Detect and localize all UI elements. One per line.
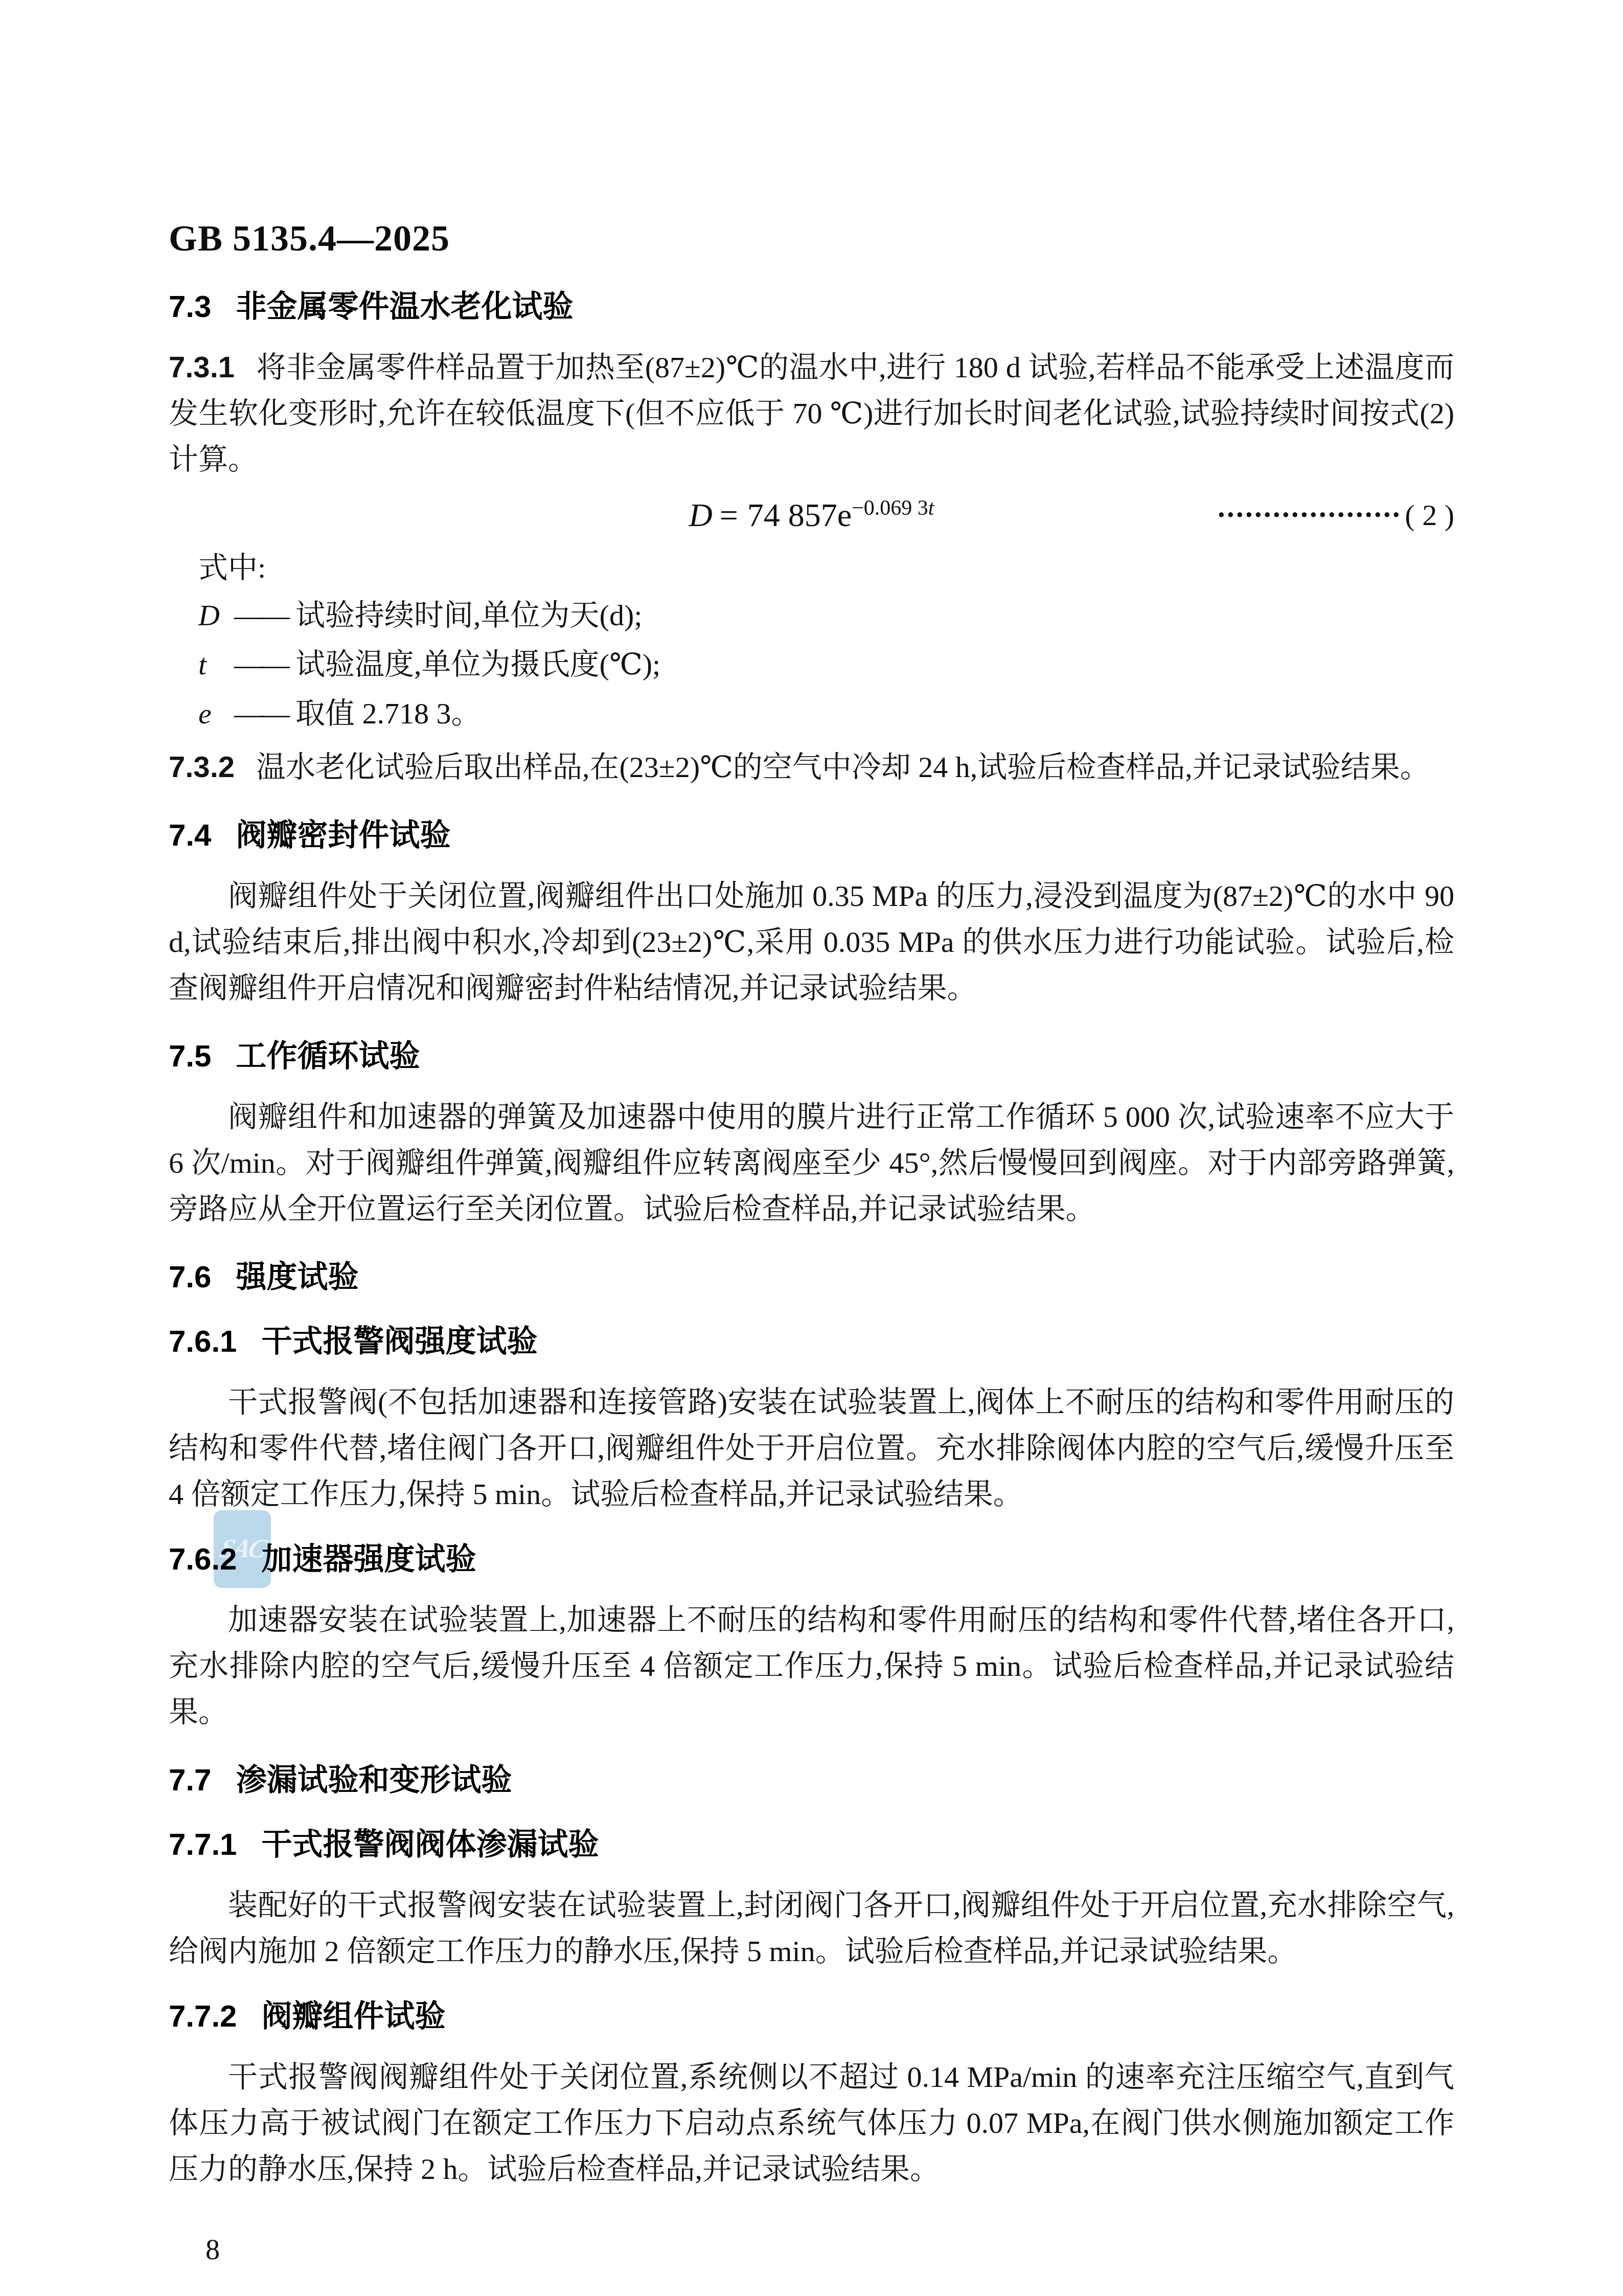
section-number: 7.3 [169, 289, 211, 324]
section-number: 7.6.2 [169, 1542, 237, 1576]
equation-number-block: ••••••••••••••••••••( 2 ) [1218, 491, 1454, 540]
document-page: GB 5135.4—2025 7.3非金属零件温水老化试验 7.3.1将非金属零… [0, 0, 1623, 2296]
section-number: 7.4 [169, 818, 211, 852]
symbol-definition: 取值 2.718 3。 [295, 697, 481, 730]
paragraph-number: 7.3.2 [169, 751, 235, 784]
definition-row-D: D——试验持续时间,单位为天(d); [198, 591, 1454, 640]
section-7.5-heading: 7.5工作循环试验 [169, 1034, 1454, 1079]
exponent-coefficient: −0.069 3 [852, 496, 928, 520]
symbol-definition: 试验温度,单位为摄氏度(℃); [295, 648, 660, 681]
section-number: 7.7.2 [169, 1999, 237, 2033]
section-title: 工作循环试验 [236, 1039, 420, 1073]
section-title: 干式报警阀阀体渗漏试验 [261, 1827, 599, 1861]
equation-number: ( 2 ) [1405, 491, 1454, 540]
section-7.7.2-heading: 7.7.2阀瓣组件试验 [169, 1994, 1454, 2039]
section-7.6.1-heading: 7.6.1干式报警阀强度试验 [169, 1319, 1454, 1364]
where-label: 式中: [198, 545, 1454, 591]
section-7.6-heading: 7.6强度试验 [169, 1255, 1454, 1300]
formula-exponent: −0.069 3t [852, 497, 934, 519]
section-title: 加速器强度试验 [261, 1542, 476, 1576]
section-title: 阀瓣密封件试验 [236, 818, 450, 852]
paragraph-number: 7.3.1 [169, 351, 235, 384]
section-7.6.2-heading: SAC 7.6.2加速器强度试验 [169, 1537, 1454, 1582]
definition-row-e: e——取值 2.718 3。 [198, 689, 1454, 738]
section-7.7.1-heading: 7.7.1干式报警阀阀体渗漏试验 [169, 1822, 1454, 1867]
standard-code-header: GB 5135.4—2025 [169, 215, 1454, 262]
paragraph-7.4: 阀瓣组件处于关闭位置,阀瓣组件出口处施加 0.35 MPa 的压力,浸没到温度为… [169, 873, 1454, 1011]
formula-2: D=74 857e−0.069 3t ••••••••••••••••••••(… [169, 491, 1454, 540]
paragraph-7.3.2: 7.3.2温水老化试验后取出样品,在(23±2)℃的空气中冷却 24 h,试验后… [169, 744, 1454, 790]
em-dash: —— [234, 697, 286, 730]
exponent-variable: t [928, 496, 934, 520]
paragraph-7.6.2: 加速器安装在试验装置上,加速器上不耐压的结构和零件用耐压的结构和零件代替,堵住各… [169, 1597, 1454, 1735]
paragraph-7.7.1: 装配好的干式报警阀安装在试验装置上,封闭阀门各开口,阀瓣组件处于开启位置,充水排… [169, 1882, 1454, 1974]
section-7.4-heading: 7.4阀瓣密封件试验 [169, 813, 1454, 858]
symbol-e: e [198, 689, 234, 738]
equals-sign: = [720, 497, 738, 533]
dot-leader: •••••••••••••••••••• [1218, 491, 1402, 540]
section-7.7-heading: 7.7渗漏试验和变形试验 [169, 1758, 1454, 1803]
formula-lhs: D [689, 497, 712, 533]
section-7.3-heading: 7.3非金属零件温水老化试验 [169, 284, 1454, 329]
formula-expression: D=74 857e−0.069 3t [689, 497, 934, 533]
section-number: 7.5 [169, 1039, 211, 1073]
section-number: 7.6.1 [169, 1324, 237, 1358]
section-number: 7.7 [169, 1763, 211, 1797]
paragraph-7.5: 阀瓣组件和加速器的弹簧及加速器中使用的膜片进行正常工作循环 5 000 次,试验… [169, 1094, 1454, 1232]
symbol-D: D [198, 591, 234, 640]
symbol-t: t [198, 640, 234, 689]
em-dash: —— [234, 599, 286, 632]
section-title: 阀瓣组件试验 [261, 1999, 445, 2033]
section-number: 7.7.1 [169, 1827, 237, 1861]
paragraph-7.3.1: 7.3.1将非金属零件样品置于加热至(87±2)℃的温水中,进行 180 d 试… [169, 345, 1454, 483]
paragraph-7.6.1: 干式报警阀(不包括加速器和连接管路)安装在试验装置上,阀体上不耐压的结构和零件用… [169, 1379, 1454, 1517]
em-dash: —— [234, 648, 286, 681]
section-title: 非金属零件温水老化试验 [236, 289, 573, 324]
paragraph-text: 将非金属零件样品置于加热至(87±2)℃的温水中,进行 180 d 试验,若样品… [169, 351, 1454, 476]
section-title: 干式报警阀强度试验 [261, 1324, 537, 1358]
formula-base: 74 857e [747, 497, 852, 533]
paragraph-7.7.2: 干式报警阀阀瓣组件处于关闭位置,系统侧以不超过 0.14 MPa/min 的速率… [169, 2054, 1454, 2192]
section-title: 强度试验 [236, 1260, 358, 1294]
section-number: 7.6 [169, 1260, 211, 1294]
definition-row-t: t——试验温度,单位为摄氏度(℃); [198, 640, 1454, 689]
paragraph-text: 温水老化试验后取出样品,在(23±2)℃的空气中冷却 24 h,试验后检查样品,… [256, 751, 1430, 784]
section-title: 渗漏试验和变形试验 [236, 1763, 512, 1797]
symbol-definition: 试验持续时间,单位为天(d); [295, 599, 642, 632]
page-number: 8 [205, 2227, 1454, 2273]
